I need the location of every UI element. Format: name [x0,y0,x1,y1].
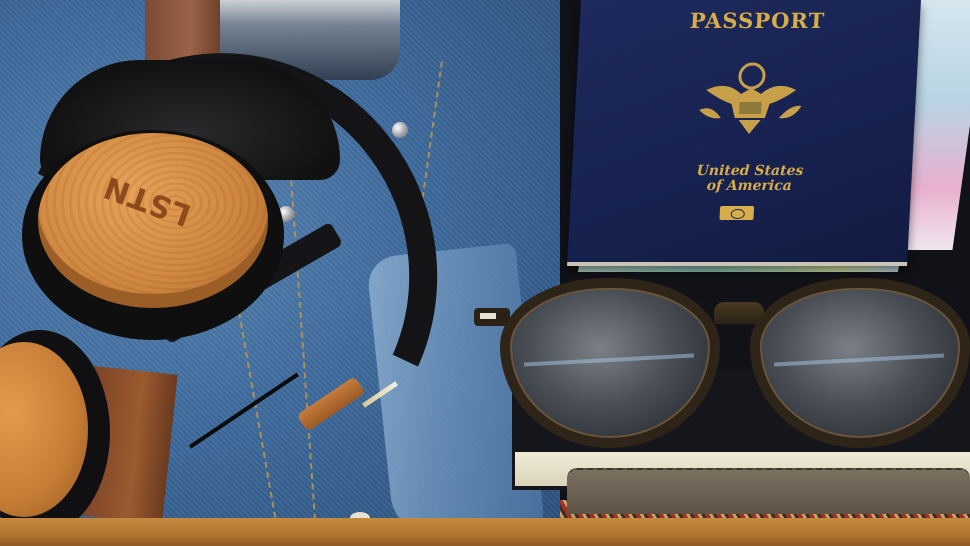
sunglasses [470,262,970,442]
biometric-chip-icon [719,206,754,220]
passport-title: PASSPORT [689,8,826,33]
travel-flatlay-photo: PASSPORT United States of America LSTN [0,0,970,546]
brand-logo: LSTN [99,169,196,233]
sunglasses-left-lens [500,278,720,448]
jacket-button-stud [392,122,408,138]
headphone-earcup: LSTN [38,133,268,308]
passport-country-line2: of America [679,179,820,194]
sunglasses-right-lens [750,278,970,448]
leather-pouch [567,468,970,514]
lens-reflection [774,354,944,367]
lens-reflection [524,354,694,367]
eagle-seal-icon [694,60,808,140]
passport-country-line1: United States [680,164,821,179]
passport-country: United States of America [679,164,821,194]
passport: PASSPORT United States of America [567,0,921,266]
suitcase-rim [0,518,970,546]
